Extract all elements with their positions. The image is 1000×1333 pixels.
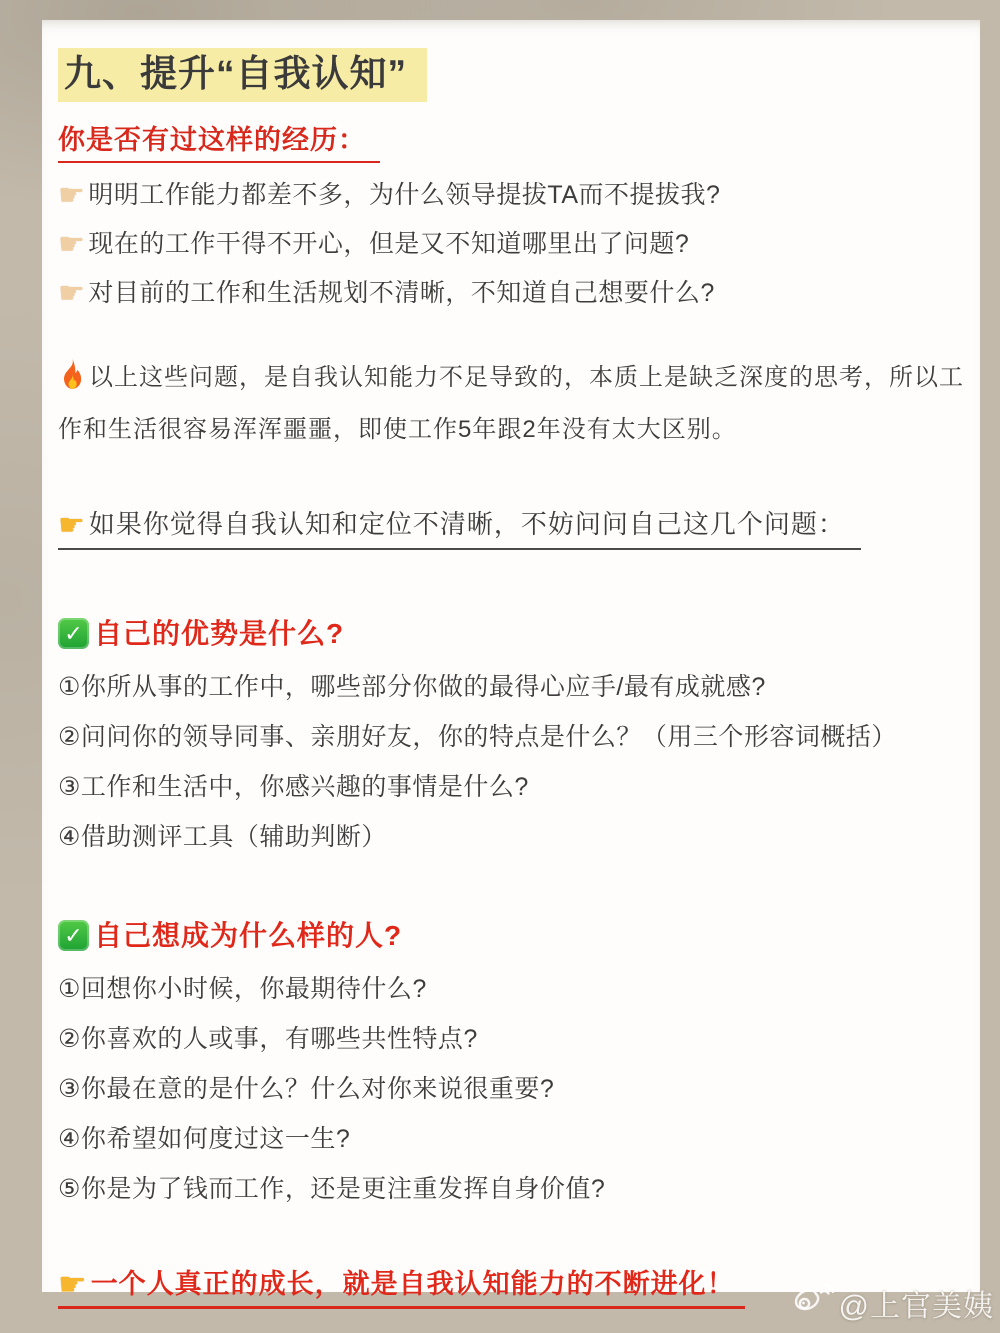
pointing-finger-icon: ☛ bbox=[58, 509, 86, 542]
summary-text: 以上这些问题，是自我认知能力不足导致的，本质上是缺乏深度的思考，所以工作和生活很… bbox=[58, 364, 964, 443]
list-item: ④借助测评工具（辅助判断） bbox=[58, 822, 964, 852]
list-item: ②问问你的领导同事、亲朋好友，你的特点是什么？（用三个形容词概括） bbox=[58, 722, 964, 752]
prompt-text: 如果你觉得自我认知和定位不清晰，不妨问问自己这几个问题： bbox=[89, 509, 845, 539]
pointing-finger-icon: ☛ bbox=[58, 179, 85, 212]
strengths-list: ①你所从事的工作中，哪些部分你做的最得心应手/最有成就感? ②问问你的领导同事、… bbox=[58, 672, 964, 852]
list-item: ①回想你小时候，你最期待什么? bbox=[58, 974, 964, 1004]
list-item: ☛对目前的工作和生活规划不清晰，不知道自己想要什么? bbox=[58, 279, 964, 308]
note-card: 九、提升“自我认知” 你是否有过这样的经历： ☛明明工作能力都差不多，为什么领导… bbox=[42, 20, 980, 1292]
list-item: ☛明明工作能力都差不多，为什么领导提拔TA而不提拔我? bbox=[58, 181, 964, 210]
list-item-text: 现在的工作干得不开心，但是又不知道哪里出了问题? bbox=[88, 230, 689, 258]
watermark: @上官美姨 bbox=[791, 1281, 994, 1325]
page-title: 九、提升“自我认知” bbox=[58, 48, 427, 102]
list-item-text: 对目前的工作和生活规划不清晰，不知道自己想要什么? bbox=[88, 279, 714, 307]
weibo-logo-icon bbox=[791, 1281, 835, 1325]
check-icon: ✓ bbox=[58, 920, 89, 951]
conclusion-text: 一个人真正的成长，就是自我认知能力的不断进化！ bbox=[91, 1269, 735, 1299]
section-heading-aspiration: ✓自己想成为什么样的人? bbox=[58, 914, 964, 954]
pointing-finger-icon: ☛ bbox=[58, 1266, 88, 1302]
list-item-text: 明明工作能力都差不多，为什么领导提拔TA而不提拔我? bbox=[88, 181, 720, 209]
prompt-line: ☛如果你觉得自我认知和定位不清晰，不妨问问自己这几个问题： bbox=[58, 509, 964, 549]
list-item: ④你希望如何度过这一生? bbox=[58, 1124, 964, 1154]
section-heading-text: 自己的优势是什么? bbox=[94, 618, 344, 649]
photo-background: 九、提升“自我认知” 你是否有过这样的经历： ☛明明工作能力都差不多，为什么领导… bbox=[0, 0, 1000, 1333]
list-item: ①你所从事的工作中，哪些部分你做的最得心应手/最有成就感? bbox=[58, 672, 964, 702]
list-item: ③你最在意的是什么？什么对你来说很重要? bbox=[58, 1074, 964, 1104]
fire-icon bbox=[58, 358, 86, 406]
list-item: ⑤你是为了钱而工作，还是更注重发挥自身价值? bbox=[58, 1174, 964, 1204]
summary-paragraph: 以上这些问题，是自我认知能力不足导致的，本质上是缺乏深度的思考，所以工作和生活很… bbox=[58, 354, 964, 453]
aspiration-list: ①回想你小时候，你最期待什么? ②你喜欢的人或事，有哪些共性特点? ③你最在意的… bbox=[58, 974, 964, 1204]
section-heading-strengths: ✓自己的优势是什么? bbox=[58, 612, 964, 652]
experience-heading: 你是否有过这样的经历： bbox=[58, 124, 964, 163]
experience-list: ☛明明工作能力都差不多，为什么领导提拔TA而不提拔我? ☛现在的工作干得不开心，… bbox=[58, 181, 964, 308]
list-item: ③工作和生活中，你感兴趣的事情是什么? bbox=[58, 772, 964, 802]
watermark-handle: @上官美姨 bbox=[839, 1281, 994, 1325]
experience-heading-text: 你是否有过这样的经历： bbox=[58, 124, 380, 163]
section-heading-text: 自己想成为什么样的人? bbox=[94, 920, 402, 951]
list-item: ☛现在的工作干得不开心，但是又不知道哪里出了问题? bbox=[58, 230, 964, 259]
list-item: ②你喜欢的人或事，有哪些共性特点? bbox=[58, 1024, 964, 1054]
title-row: 九、提升“自我认知” bbox=[58, 48, 964, 102]
pointing-finger-icon: ☛ bbox=[58, 277, 85, 310]
pointing-finger-icon: ☛ bbox=[58, 228, 85, 261]
check-icon: ✓ bbox=[58, 618, 89, 649]
